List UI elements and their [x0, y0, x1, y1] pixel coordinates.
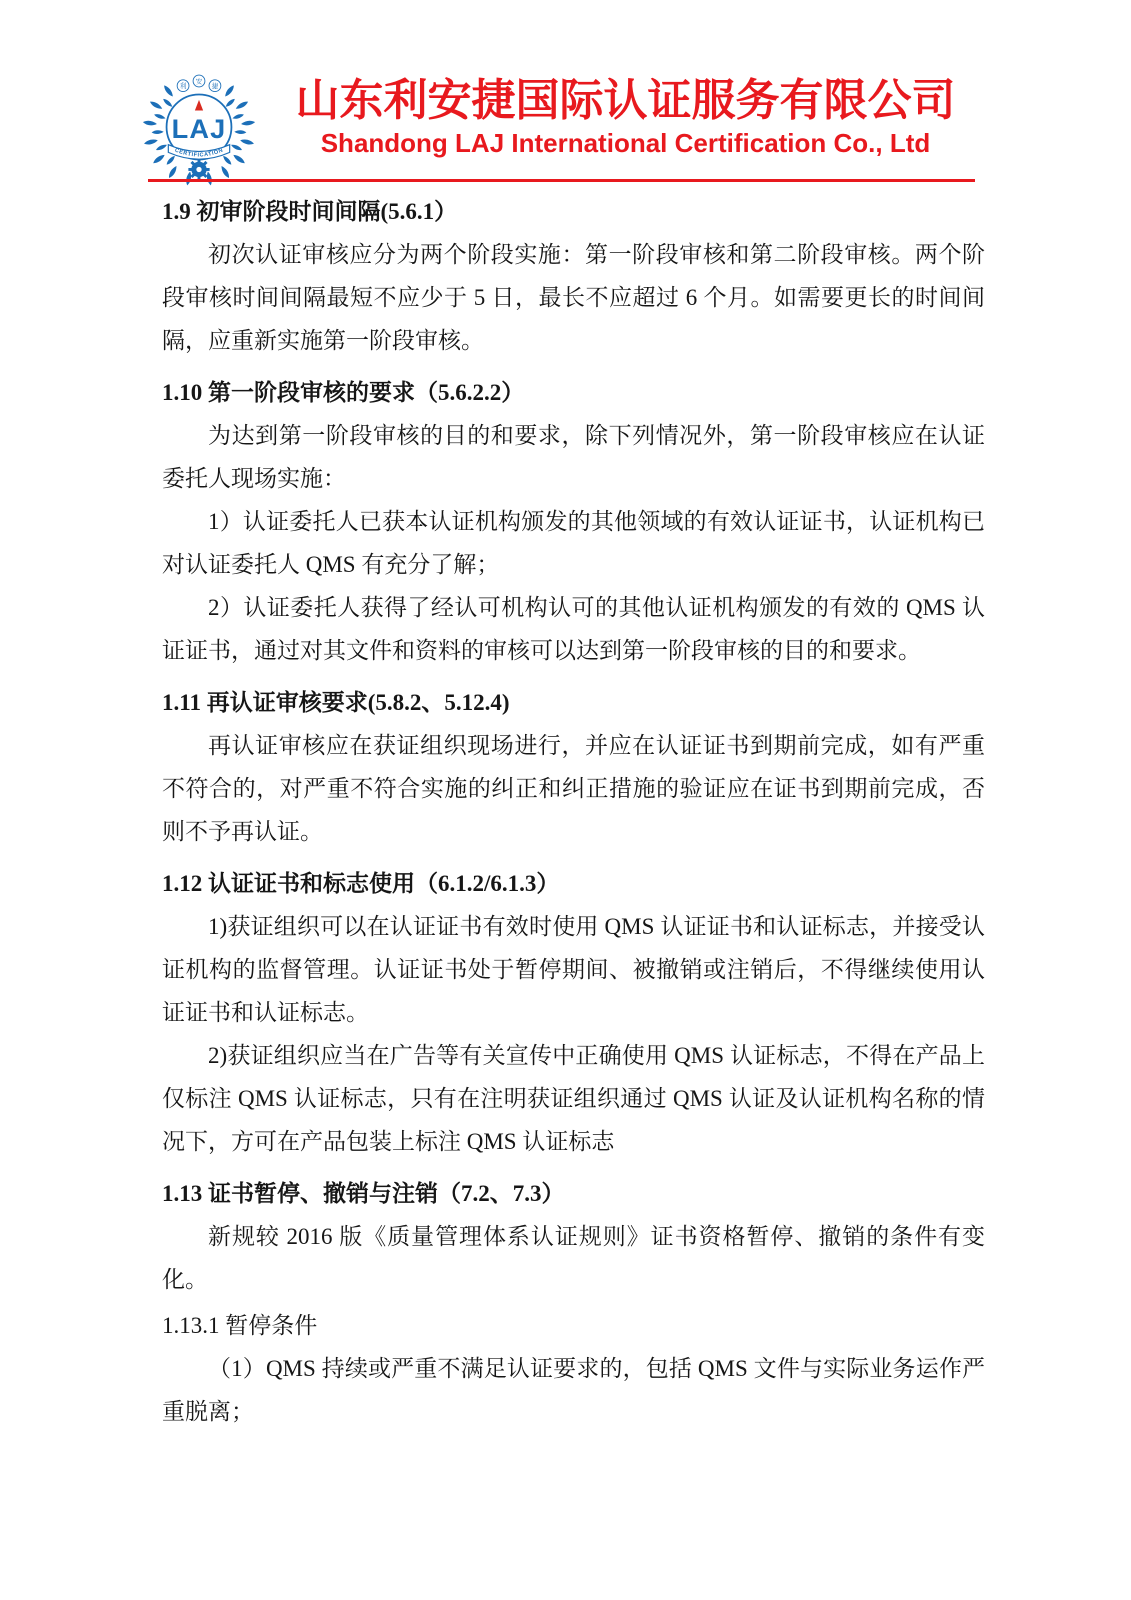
laj-logo: LAJ CERTIFICATION 利 安 捷 [138, 68, 260, 186]
letterhead: LAJ CERTIFICATION 利 安 捷 [138, 68, 991, 186]
document-body: 1.9 初审阶段时间间隔(5.6.1） 初次认证审核应分为两个阶段实施：第一阶段… [162, 190, 985, 1433]
paragraph-1-12-item-1: 1)获证组织可以在认证证书有效时使用 QMS 认证证书和认证标志，并接受认证机构… [162, 905, 985, 1034]
section-heading-1-9: 1.9 初审阶段时间间隔(5.6.1） [162, 190, 985, 233]
logo-letters: LAJ [172, 113, 227, 144]
paragraph-1-13: 新规较 2016 版《质量管理体系认证规则》证书资格暂停、撤销的条件有变化。 [162, 1215, 985, 1301]
company-name-english: Shandong LAJ International Certification… [260, 129, 991, 159]
paragraph-1-11: 再认证审核应在获证组织现场进行，并应在认证证书到期前完成，如有严重不符合的，对严… [162, 724, 985, 853]
gear-icon [188, 159, 209, 180]
laj-logo-icon: LAJ CERTIFICATION 利 安 捷 [138, 68, 260, 186]
paragraph-1-10-intro: 为达到第一阶段审核的目的和要求，除下列情况外，第一阶段审核应在认证委托人现场实施… [162, 414, 985, 500]
paragraph-1-10-item-1: 1）认证委托人已获本认证机构颁发的其他领域的有效认证证书，认证机构已对认证委托人… [162, 500, 985, 586]
section-heading-1-10: 1.10 第一阶段审核的要求（5.6.2.2） [162, 371, 985, 414]
logo-top-characters: 利 安 捷 [177, 75, 221, 92]
header-divider [148, 179, 975, 182]
paragraph-1-12-item-2: 2)获证组织应当在广告等有关宣传中正确使用 QMS 认证标志，不得在产品上仅标注… [162, 1034, 985, 1163]
paragraph-1-10-item-2: 2）认证委托人获得了经认可机构认可的其他认证机构颁发的有效的 QMS 认证证书，… [162, 586, 985, 672]
company-name-chinese: 山东利安捷国际认证服务有限公司 [260, 76, 991, 125]
section-heading-1-11: 1.11 再认证审核要求(5.8.2、5.12.4) [162, 681, 985, 724]
subheading-1-13-1: 1.13.1 暂停条件 [162, 1304, 985, 1347]
section-heading-1-12: 1.12 认证证书和标志使用（6.1.2/6.1.3） [162, 862, 985, 905]
paragraph-1-9: 初次认证审核应分为两个阶段实施：第一阶段审核和第二阶段审核。两个阶段审核时间间隔… [162, 233, 985, 362]
paragraph-1-13-1-item: （1）QMS 持续或严重不满足认证要求的，包括 QMS 文件与实际业务运作严重脱… [162, 1347, 985, 1433]
company-titles: 山东利安捷国际认证服务有限公司 Shandong LAJ Internation… [260, 68, 991, 159]
section-heading-1-13: 1.13 证书暂停、撤销与注销（7.2、7.3） [162, 1172, 985, 1215]
document-page: LAJ CERTIFICATION 利 安 捷 [0, 0, 1131, 1600]
